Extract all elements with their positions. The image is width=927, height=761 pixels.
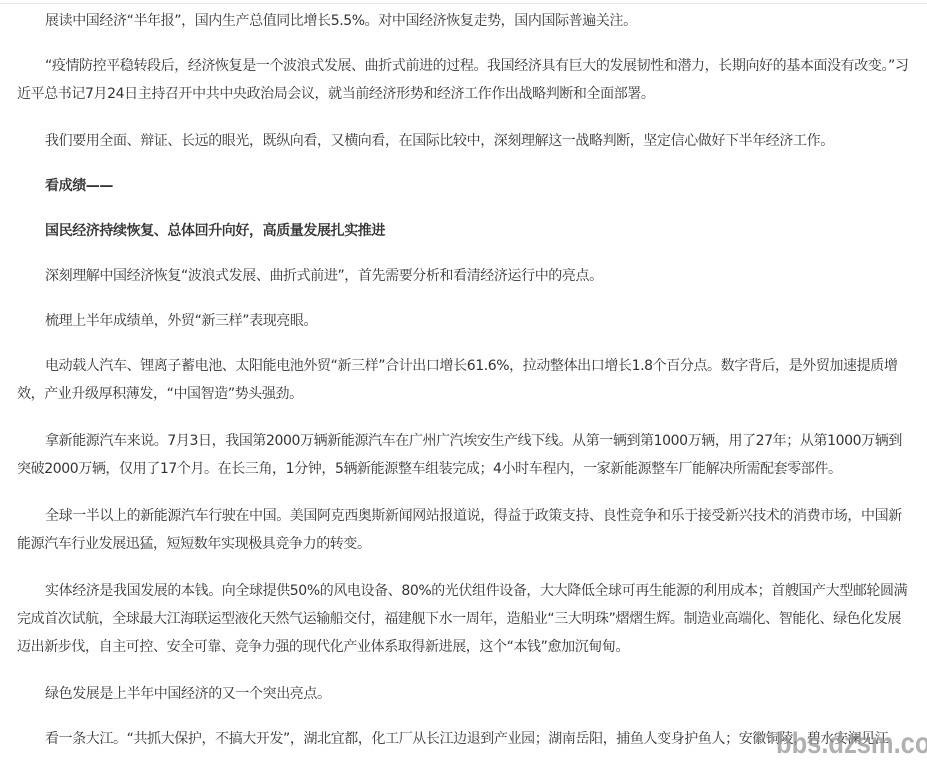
paragraph-nev: 拿新能源汽车来说。7月3日，我国第2000万辆新能源汽车在广州广汽埃安生产线下线… bbox=[17, 427, 912, 483]
paragraph-green-development: 绿色发展是上半年中国经济的又一个突出亮点。 bbox=[17, 680, 912, 708]
section-subheading: 国民经济持续恢复、总体回升向好，高质量发展扎实推进 bbox=[17, 217, 912, 245]
paragraph-exports: 电动载人汽车、锂离子蓄电池、太阳能电池外贸“新三样”合计出口增长61.6%，拉动… bbox=[17, 352, 912, 408]
paragraph-global-nev: 全球一半以上的新能源汽车行驶在中国。美国阿克西奥斯新闻网站报道说，得益于政策支持… bbox=[17, 502, 912, 558]
paragraph-perspective: 我们要用全面、辩证、长远的眼光，既纵向看，又横向看，在国际比较中，深刻理解这一战… bbox=[17, 127, 912, 155]
top-divider bbox=[0, 3, 927, 4]
watermark: bbs.dzsm.com bbox=[776, 727, 927, 761]
paragraph-quote-xi: “疫情防控平稳转段后，经济恢复是一个波浪式发展、曲折式前进的过程。我国经济具有巨… bbox=[17, 52, 912, 108]
paragraph-gdp-intro: 展读中国经济“半年报”，国内生产总值同比增长5.5%。对中国经济恢复走势，国内国… bbox=[17, 7, 912, 35]
section-heading-achievements: 看成绩—— bbox=[17, 172, 912, 200]
paragraph-new-three: 梳理上半年成绩单，外贸“新三样”表现亮眼。 bbox=[17, 307, 912, 335]
paragraph-understanding: 深刻理解中国经济恢复“波浪式发展、曲折式前进”，首先需要分析和看清经济运行中的亮… bbox=[17, 262, 912, 290]
paragraph-real-economy: 实体经济是我国发展的本钱。向全球提供50%的风电设备、80%的光伏组件设备，大大… bbox=[17, 577, 912, 661]
